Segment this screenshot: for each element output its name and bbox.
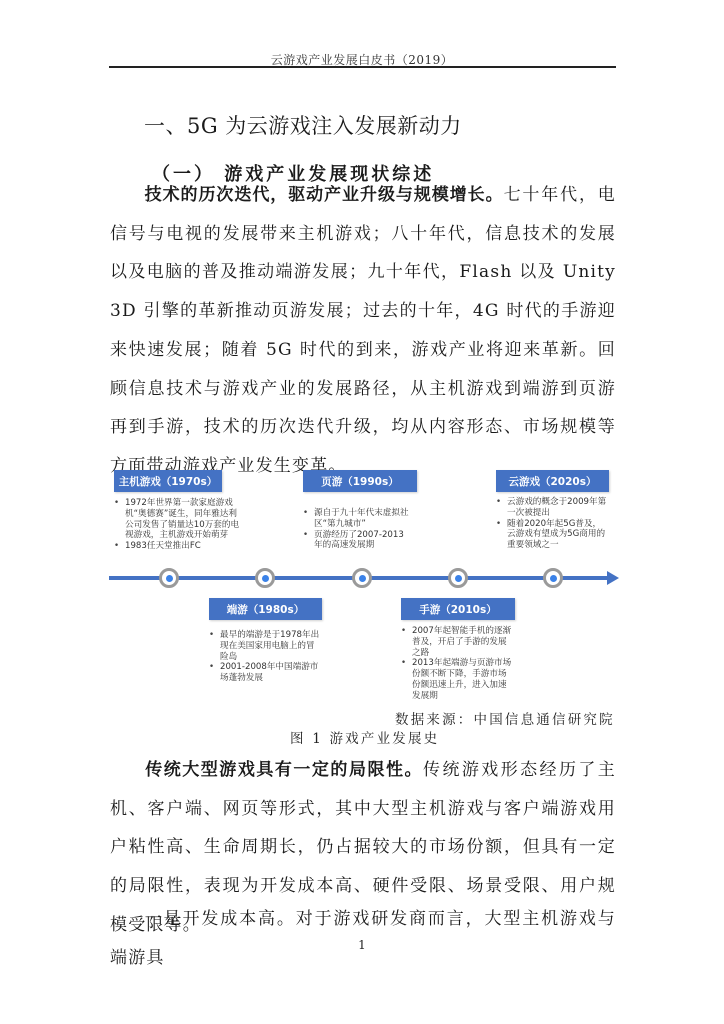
era-bullet: 页游经历了2007-2013年的高速发展期 bbox=[303, 530, 411, 552]
era-bullet: 2013年起端游与页游市场份额不断下降，手游市场份额迅速上升，进入加速发展期 bbox=[401, 658, 514, 701]
era-bullet: 最早的端游是于1978年出现在美国家用电脑上的冒险岛 bbox=[209, 630, 321, 662]
header-divider bbox=[109, 66, 616, 68]
era-bullet: 2007年起智能手机的逐渐普及，开启了手游的发展之路 bbox=[401, 626, 514, 658]
era-list-pc-game: 最早的端游是于1978年出现在美国家用电脑上的冒险岛 2001-2008年中国端… bbox=[209, 630, 321, 684]
timeline-node-2020s bbox=[543, 568, 563, 588]
figure-source: 数据来源：中国信息通信研究院 bbox=[395, 708, 615, 728]
timeline-node-1990s bbox=[352, 568, 372, 588]
figure-game-industry-timeline: 主机游戏（1970s） 1972年世界第一款家庭游戏机“奥德赛”诞生，同年雅达利… bbox=[105, 460, 625, 710]
section-heading: 一、5G 为云游戏注入发展新动力 bbox=[144, 110, 462, 140]
era-box-pc-game: 端游（1980s） bbox=[209, 598, 322, 620]
era-box-mobile-game: 手游（2010s） bbox=[401, 598, 515, 620]
paragraph-body: 七十年代，电信号与电视的发展带来主机游戏；八十年代，信息技术的发展以及电脑的普及… bbox=[110, 185, 616, 476]
era-bullet: 云游戏的概念于2009年第一次被提出 bbox=[496, 497, 608, 519]
era-list-mobile-game: 2007年起智能手机的逐渐普及，开启了手游的发展之路 2013年起端游与页游市场… bbox=[401, 626, 514, 702]
era-bullet: 1972年世界第一款家庭游戏机“奥德赛”诞生，同年雅达利公司发售了销量达10万套… bbox=[114, 498, 242, 541]
paragraph-lead: 传统大型游戏具有一定的局限性。 bbox=[144, 760, 423, 780]
era-list-cloud-game: 云游戏的概念于2009年第一次被提出 随着2020年起5G普及，云游戏有望成为5… bbox=[496, 497, 608, 551]
era-box-console: 主机游戏（1970s） bbox=[114, 470, 222, 492]
timeline-arrow-icon bbox=[607, 571, 619, 585]
timeline-node-1980s bbox=[255, 568, 275, 588]
timeline-node-2010s bbox=[448, 568, 468, 588]
era-box-web-game: 页游（1990s） bbox=[303, 470, 417, 492]
era-list-console: 1972年世界第一款家庭游戏机“奥德赛”诞生，同年雅达利公司发售了销量达10万套… bbox=[114, 498, 242, 552]
era-bullet: 源自于九十年代末虚拟社区“第九城市” bbox=[303, 508, 411, 530]
era-bullet: 2001-2008年中国端游市场蓬勃发展 bbox=[209, 662, 321, 684]
era-box-cloud-game: 云游戏（2020s） bbox=[496, 470, 609, 492]
era-bullet: 1983任天堂推出FC bbox=[114, 541, 242, 552]
paragraph-tech-iteration: 技术的历次迭代，驱动产业升级与规模增长。七十年代，电信号与电视的发展带来主机游戏… bbox=[110, 176, 616, 486]
page-number: 1 bbox=[0, 938, 724, 952]
figure-caption: 图 1 游戏产业发展史 bbox=[290, 727, 439, 747]
era-list-web-game: 源自于九十年代末虚拟社区“第九城市” 页游经历了2007-2013年的高速发展期 bbox=[303, 508, 411, 551]
paragraph-lead: 技术的历次迭代，驱动产业升级与规模增长。 bbox=[144, 185, 504, 205]
era-bullet: 随着2020年起5G普及，云游戏有望成为5G商用的重要领域之一 bbox=[496, 519, 608, 551]
timeline-node-1970s bbox=[159, 568, 179, 588]
